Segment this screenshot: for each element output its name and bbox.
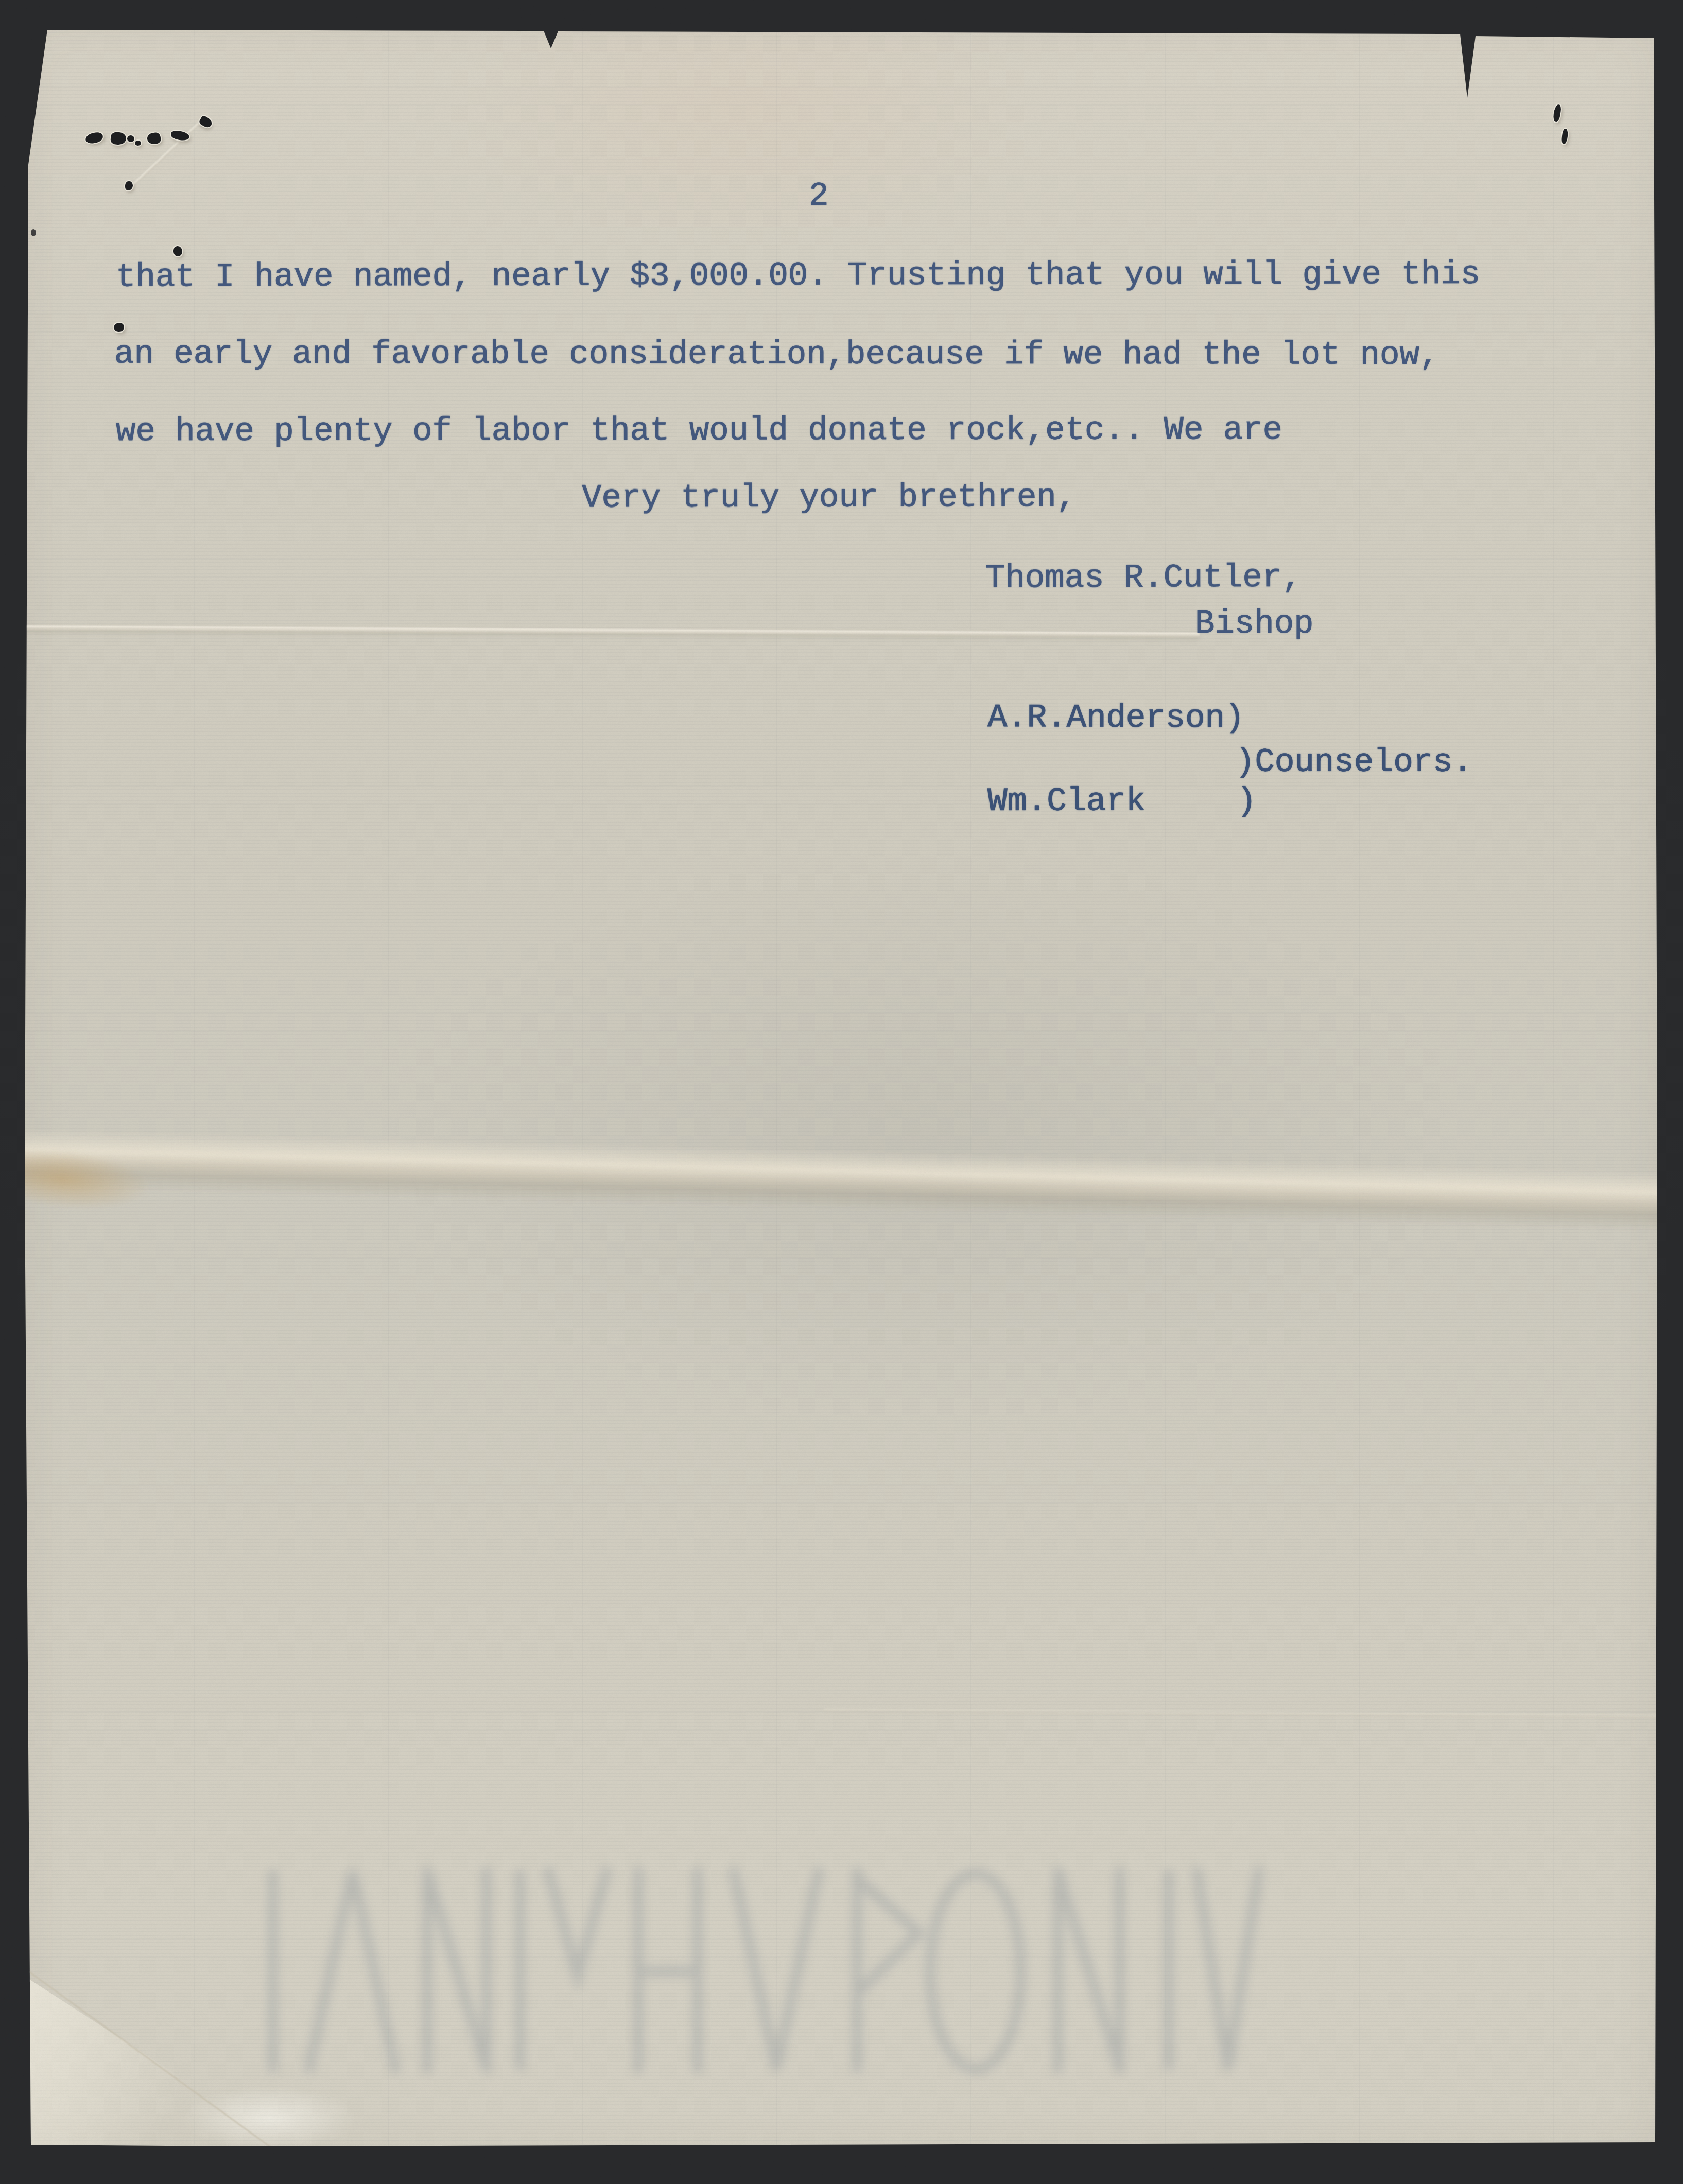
signature-name-cutler: Thomas R.Cutler, [985, 562, 1302, 596]
body-line-1: that I have named, nearly $3,000.00. Tru… [116, 258, 1480, 294]
crease-upper-horizontal [21, 625, 1200, 638]
signature-name-anderson: A.R.Anderson) [987, 702, 1244, 736]
slit-right-1 [1553, 104, 1562, 122]
fold-middle-horizontal [0, 1128, 1683, 1232]
hole-5 [146, 132, 161, 145]
stain-left-fold [13, 1146, 152, 1217]
signature-name-clark: Wm.Clark [987, 785, 1146, 819]
paper-sheet: 2 that I have named, nearly $3,000.00. T… [0, 0, 1683, 2184]
signature-clark-bracket: ) [1237, 785, 1256, 818]
crease-lower-horizontal [824, 1708, 1673, 1719]
scan-background: 2 that I have named, nearly $3,000.00. T… [0, 0, 1683, 2184]
hole-1 [85, 132, 103, 145]
bleedthrough-ghost [232, 1822, 1282, 2126]
page-number: 2 [809, 180, 829, 213]
crease-top-left-diagonal [130, 115, 207, 188]
hole-2 [110, 132, 127, 146]
speck-left-edge [31, 229, 36, 236]
hole-8 [125, 181, 133, 190]
hole-7 [198, 115, 214, 129]
signature-title-bishop: Bishop [1195, 608, 1313, 641]
signature-counselors-label: )Counselors. [1235, 746, 1472, 779]
hole-3 [127, 135, 134, 142]
hole-6 [170, 130, 190, 142]
hole-4 [135, 141, 141, 146]
body-line-2: an early and favorable consideration,bec… [114, 338, 1439, 372]
hole-10 [114, 323, 124, 332]
ghost-letter-strokes [273, 1871, 1259, 2069]
closing-line: Very truly your brethren, [582, 481, 1076, 515]
slit-right-2 [1561, 129, 1569, 145]
hole-9 [173, 246, 182, 256]
body-line-3: we have plenty of labor that would donat… [116, 414, 1282, 448]
